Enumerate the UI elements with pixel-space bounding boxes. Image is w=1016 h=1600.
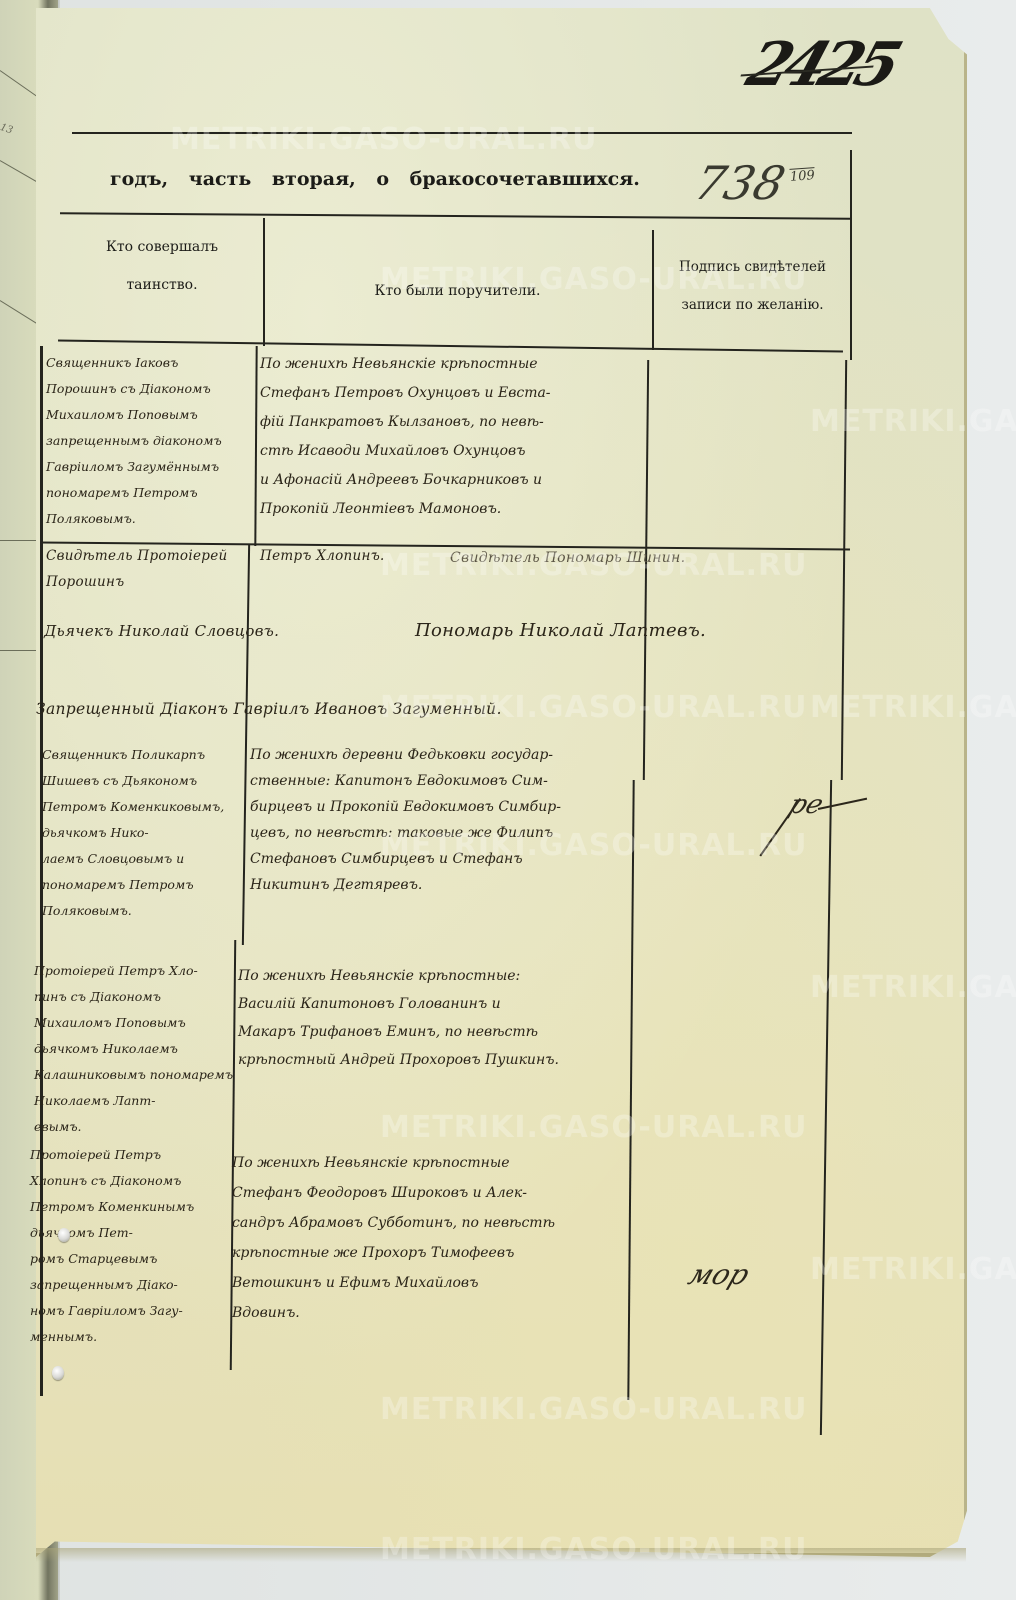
text-line: Никитинъ Дегтяревъ. — [250, 872, 561, 898]
text-line: ромъ Старцевымъ — [30, 1246, 194, 1272]
entry-2-signature: Свидѣтель Пономарь Шинин. — [450, 550, 685, 566]
text-line: Вдовинъ. — [232, 1298, 555, 1328]
entry-7-officiant: Протоіерей Петръ Хлопинъ съ Діакономъ Пе… — [30, 1142, 194, 1350]
folio-number: 2425 — [739, 30, 905, 100]
text-line: цевъ, по невѣстѣ: таковые же Филипъ — [250, 820, 561, 846]
text-line: Михаиломъ Поповымъ — [46, 402, 222, 428]
text-line: Петромъ Коменкиковымъ, — [42, 794, 224, 820]
entry-7-guarantors: По женихѣ Невьянскіе крѣпостные Стефанъ … — [232, 1148, 555, 1328]
text-line: стѣ Исаводи Михайловъ Охунцовъ — [260, 437, 551, 466]
text-line: Поляковымъ. — [46, 506, 222, 532]
text-line: лаемъ Словцовымъ и — [42, 846, 224, 872]
text-line: Василій Капитоновъ Голованинъ и — [238, 990, 559, 1018]
text-line: запрещеннымъ Діако- — [30, 1272, 194, 1298]
text-line: По женихѣ Невьянскіе крѣпостные: — [238, 962, 559, 990]
text-line: пинъ съ Діакономъ — [34, 984, 233, 1010]
ghost-text: 13 — [0, 122, 14, 136]
text-line: Ветошкинъ и Ефимъ Михайловъ — [232, 1268, 555, 1298]
text-line: номъ Гавріиломъ Загу- — [30, 1298, 194, 1324]
entry-5-guarantors: По женихѣ деревни Федьковки государ- ств… — [250, 742, 561, 898]
column-header-line: Кто совершалъ — [62, 228, 262, 266]
entry-2-officiant-line2: Порошинъ — [46, 574, 124, 590]
text-line: ственные: Капитонъ Евдокимовъ Сим- — [250, 768, 561, 794]
entry-count-handwritten: 738 — [689, 156, 790, 210]
scan-scene: 13 2425 годъ, часть вторая, о бракосочет… — [0, 0, 1016, 1600]
text-line: дьячкомъ Николаемъ — [34, 1036, 233, 1062]
text-line: запрещеннымъ діакономъ — [46, 428, 222, 454]
column-header-line: записи по желанію. — [655, 286, 850, 324]
entry-4-officiant: Запрещенный Діаконъ Гавріилъ Ивановъ Заг… — [36, 700, 502, 718]
entry-3-guarantor: Пономарь Николай Лаптевъ. — [415, 620, 706, 641]
page-title: годъ, часть вторая, о бракосочетавшихся. — [110, 168, 640, 190]
text-line: крѣпостные же Прохоръ Тимофеевъ — [232, 1238, 555, 1268]
text-line: и Афонасій Андреевъ Бочкарниковъ и — [260, 466, 551, 495]
text-line: Поляковымъ. — [42, 898, 224, 924]
text-line: Гавріиломъ Загумённымъ — [46, 454, 222, 480]
entry-5-officiant: Священникъ Поликарпъ Шишевъ съ Дьякономъ… — [42, 742, 224, 924]
text-line: евымъ. — [34, 1114, 233, 1140]
text-line: Порошинъ съ Діакономъ — [46, 376, 222, 402]
text-line: Священникъ Іаковъ — [46, 350, 222, 376]
text-line: Макаръ Трифановъ Еминъ, по невѣстѣ — [238, 1018, 559, 1046]
text-line: Протоіерей Петръ — [30, 1142, 194, 1168]
text-line: пономаремъ Петромъ — [42, 872, 224, 898]
rule-col2-header — [652, 230, 654, 350]
text-line: Протоіерей Петръ Хло- — [34, 958, 233, 984]
column-header-line: Подпись свидѣтелей — [655, 248, 850, 286]
entry-6-officiant: Протоіерей Петръ Хло- пинъ съ Діакономъ … — [34, 958, 233, 1140]
text-line: Стефанъ Феодоровъ Широковъ и Алек- — [232, 1178, 555, 1208]
text-line: Петромъ Коменкинымъ — [30, 1194, 194, 1220]
rule-right-header — [850, 150, 852, 360]
entry-1-guarantors: По женихѣ Невьянскіе крѣпостные Стефанъ … — [260, 350, 551, 524]
text-line: крѣпостный Андрей Прохоровъ Пушкинъ. — [238, 1046, 559, 1074]
text-line: меннымъ. — [30, 1324, 194, 1350]
folio-number-text: 2425 — [739, 30, 905, 100]
entry-2-guarantor: Петръ Хлопинъ. — [260, 548, 385, 564]
entry-3-officiant: Дьячекъ Николай Словцовъ. — [44, 622, 279, 640]
entry-6-guarantors: По женихѣ Невьянскіе крѣпостные: Василій… — [238, 962, 559, 1074]
binding-pin — [58, 1228, 70, 1242]
text-line: Николаемъ Лапт- — [34, 1088, 233, 1114]
text-line: Стефановъ Симбирцевъ и Стефанъ — [250, 846, 561, 872]
text-line: По женихѣ Невьянскіе крѣпостные — [260, 350, 551, 379]
column-header-line: Кто были поручители. — [265, 272, 650, 310]
text-line: пономаремъ Петромъ — [46, 480, 222, 506]
rule-top — [72, 132, 852, 134]
text-line: дьячкомъ Пет- — [30, 1220, 194, 1246]
column-header-signature: Подпись свидѣтелей записи по желанію. — [655, 248, 850, 324]
text-line: Михаиломъ Поповымъ — [34, 1010, 233, 1036]
text-line: По женихѣ Невьянскіе крѣпостные — [232, 1148, 555, 1178]
text-line: Стефанъ Петровъ Охунцовъ и Евста- — [260, 379, 551, 408]
text-line: дьячкомъ Нико- — [42, 820, 224, 846]
binding-pin — [52, 1366, 64, 1380]
text-line: Калашниковымъ пономаремъ — [34, 1062, 233, 1088]
entry-count-crossed: 109 — [789, 167, 815, 185]
column-header-line: таинство. — [62, 266, 262, 304]
entry-7-signature: мор — [684, 1258, 754, 1291]
torn-page-edge — [36, 1548, 966, 1562]
text-line: По женихѣ деревни Федьковки государ- — [250, 742, 561, 768]
entry-1-officiant: Священникъ Іаковъ Порошинъ съ Діакономъ … — [46, 350, 222, 532]
text-line: бирцевъ и Прокопій Евдокимовъ Симбир- — [250, 794, 561, 820]
text-line: сандръ Абрамовъ Субботинъ, по невѣстѣ — [232, 1208, 555, 1238]
text-line: Прокопій Леонтіевъ Мамоновъ. — [260, 495, 551, 524]
column-header-officiant: Кто совершалъ таинство. — [62, 228, 262, 304]
text-line: фій Панкратовъ Кылзановъ, по невѣ- — [260, 408, 551, 437]
text-line: Шишевъ съ Дьякономъ — [42, 768, 224, 794]
column-header-guarantors: Кто были поручители. — [265, 272, 650, 310]
entry-2-officiant-line1: Свидѣтель Протоіерей — [46, 548, 227, 564]
text-line: Хлопинъ съ Діакономъ — [30, 1168, 194, 1194]
text-line: Священникъ Поликарпъ — [42, 742, 224, 768]
